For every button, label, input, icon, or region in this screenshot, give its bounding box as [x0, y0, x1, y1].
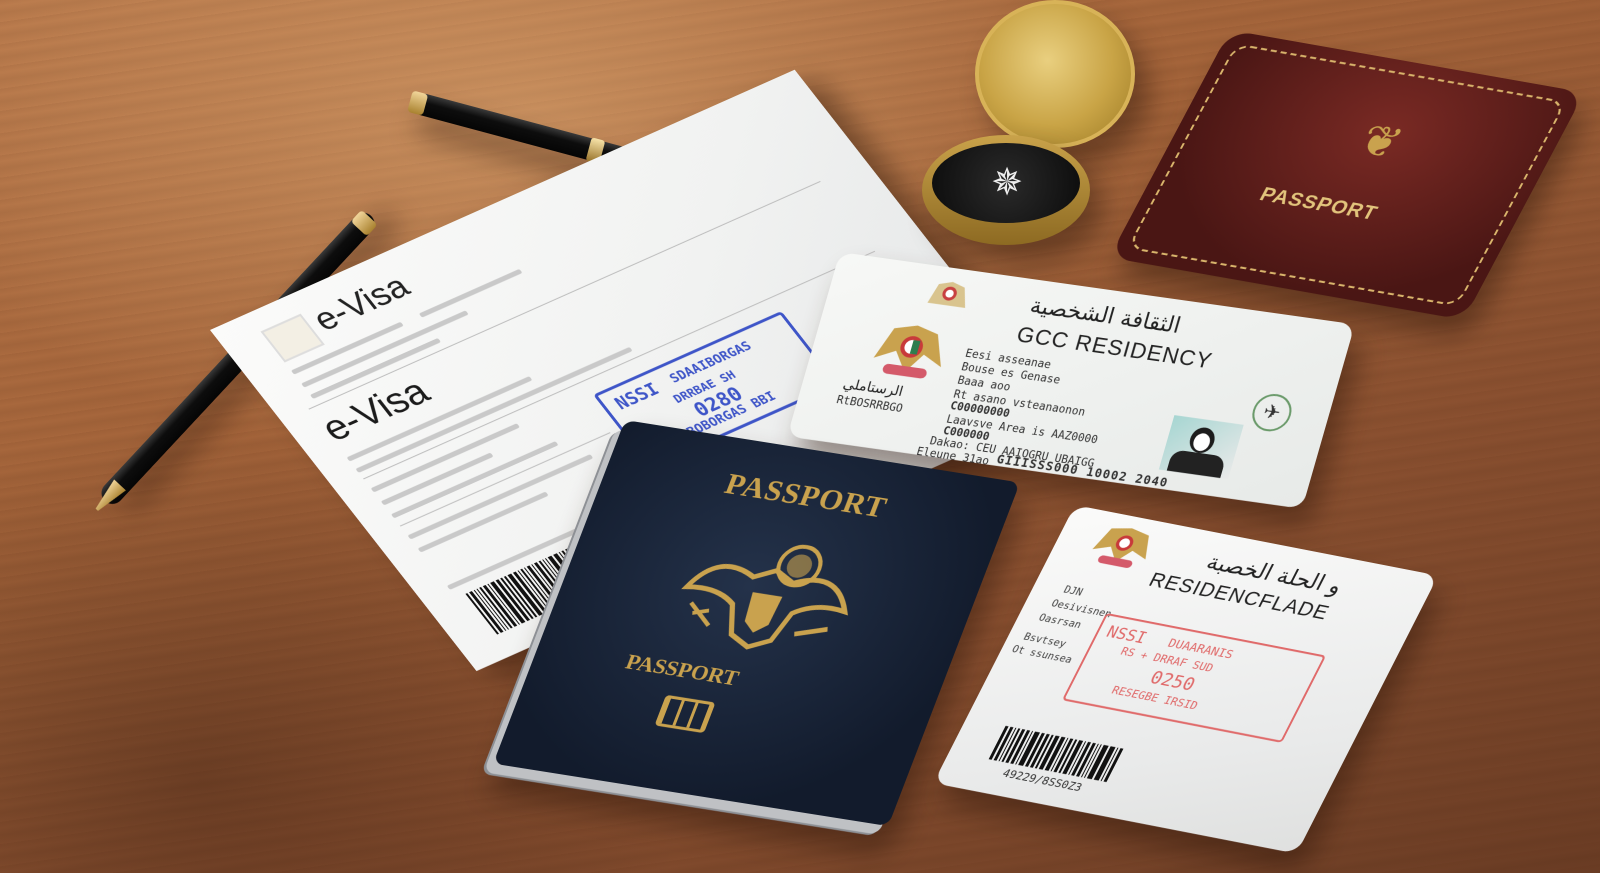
pen-cap	[407, 90, 428, 115]
pen-cap	[351, 210, 378, 237]
falcon-emblem-icon	[1084, 521, 1162, 573]
entry-stamp: NSSI DUAARANIS RS + DRRAF SUD 0250 RESEG…	[1062, 613, 1326, 743]
aircraft-seal-icon: ✈	[1248, 392, 1296, 434]
id-photo	[1159, 415, 1244, 479]
emblem-icon	[261, 314, 325, 363]
compass-rose-icon: ✵	[987, 163, 1027, 203]
passport-top-label: PASSPORT	[720, 467, 892, 525]
pen-tip	[91, 479, 126, 515]
stamp-text: NSSI	[611, 379, 664, 414]
stitching	[1127, 43, 1567, 307]
falcon-emblem-icon	[867, 319, 954, 385]
residence-card: و الحلة الخصبة RESIDENCFLADE DJN Oesivis…	[933, 505, 1438, 854]
photo-suit	[1167, 449, 1227, 478]
passport-bottom-label: PASSPORT	[622, 649, 743, 691]
card-field: Ot ssunsea	[1010, 644, 1074, 666]
compass-icon: ✵	[922, 135, 1090, 245]
text-line	[419, 269, 523, 318]
card-field: Oasrsan	[1037, 613, 1084, 631]
compass-face: ✵	[932, 143, 1080, 223]
compass-lid	[975, 0, 1135, 148]
evisa-header-title: e-Visa	[305, 268, 417, 339]
eagle-seal-icon	[655, 528, 877, 671]
red-passport-cover: ❦ PASSPORT	[1109, 30, 1584, 320]
emblem-icon	[922, 277, 976, 313]
card-field: DJN	[1061, 585, 1084, 599]
biometric-chip-icon	[654, 695, 715, 733]
evisa-main-title: e-Visa	[314, 372, 439, 450]
stamp-text: NSSI	[1103, 622, 1150, 647]
